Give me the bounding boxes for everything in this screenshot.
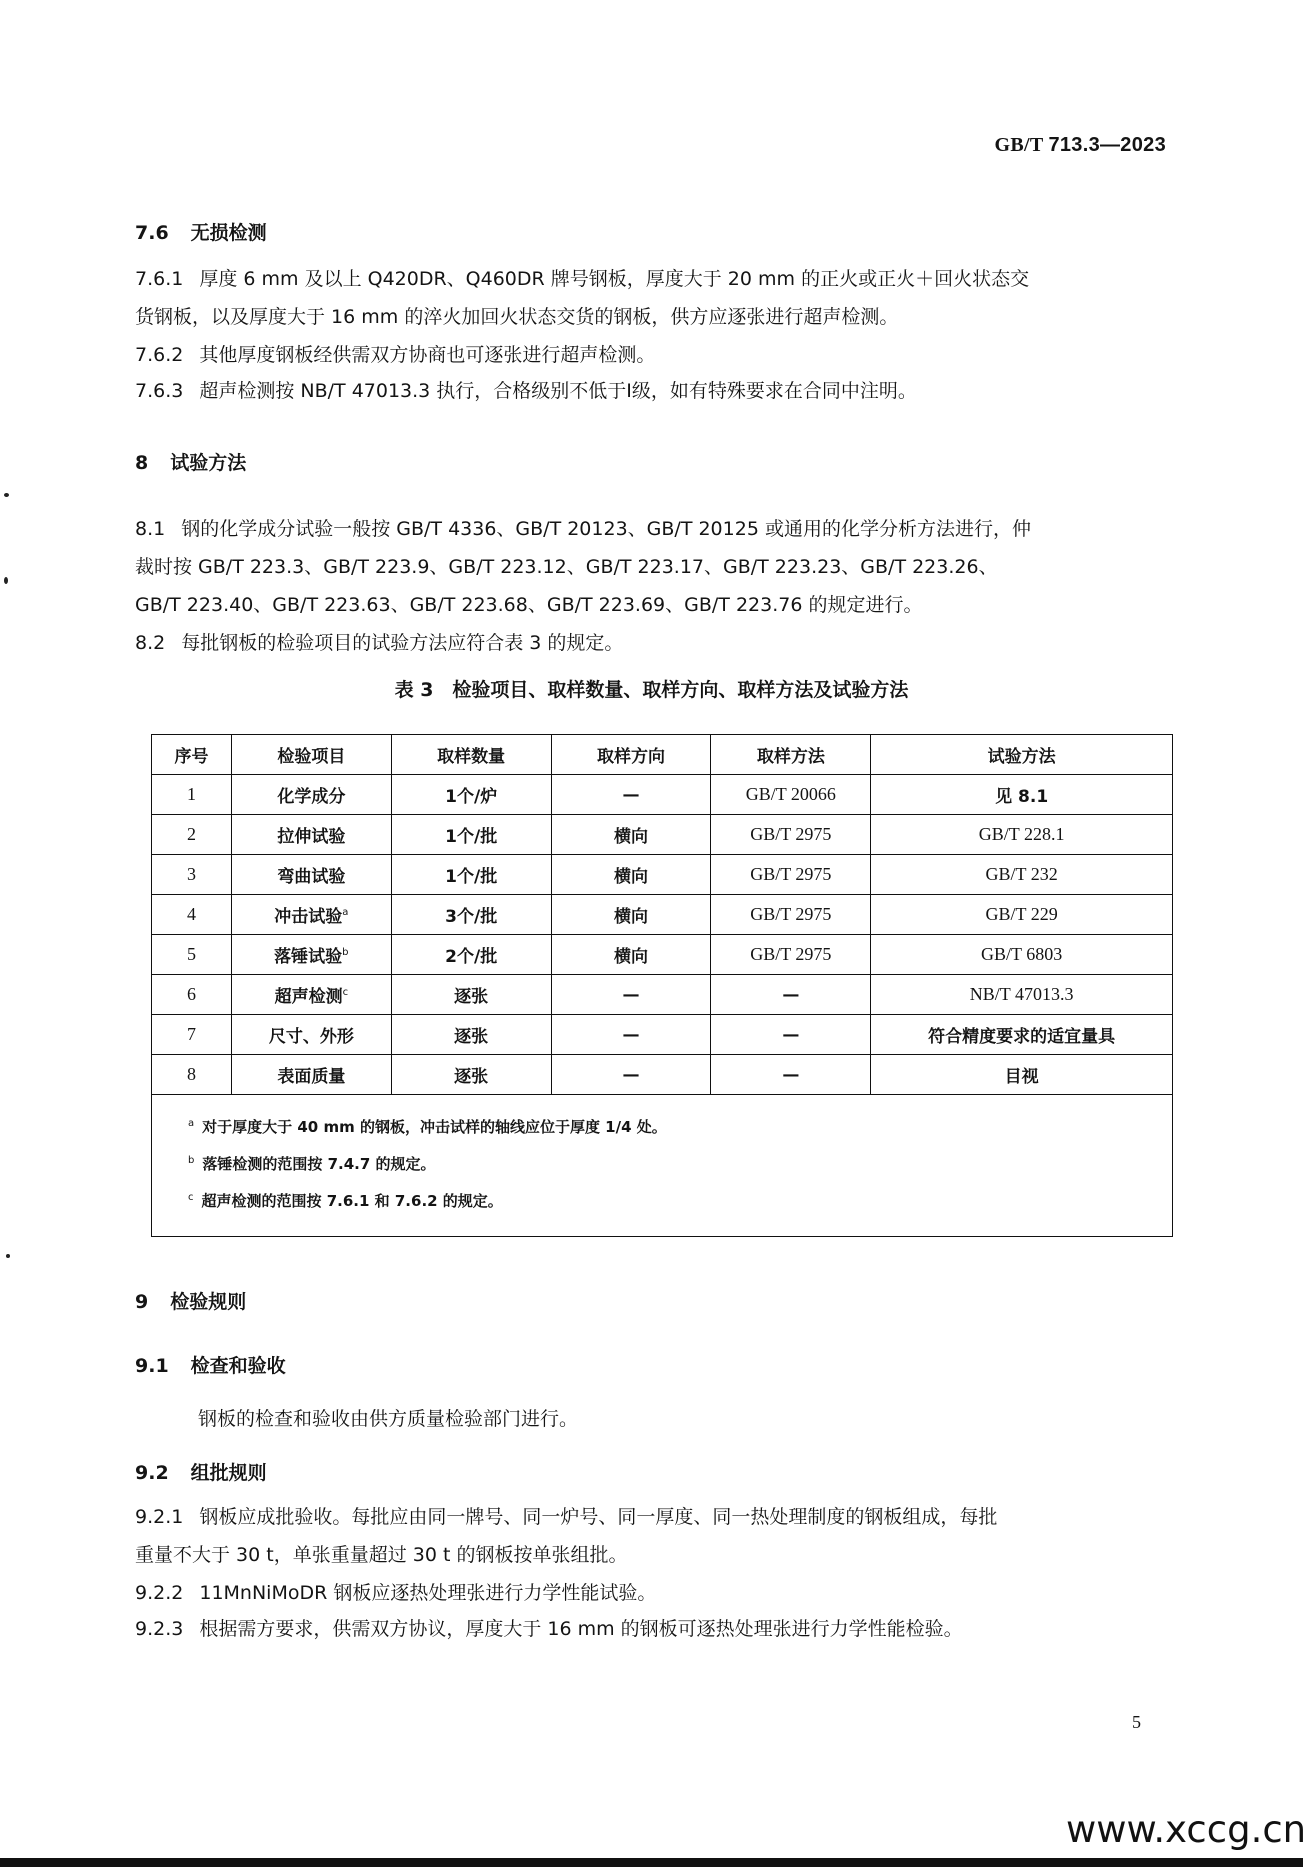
table-note: b落锤检测的范围按 7.4.7 的规定。 xyxy=(188,1144,1172,1181)
section-heading-9-1: 9.1检查和验收 xyxy=(135,1351,286,1378)
footnote-marker: c xyxy=(343,987,349,998)
footnote-marker: b xyxy=(342,947,348,958)
section-heading-7-6: 7.6无损检测 xyxy=(135,218,267,245)
standard-code-header: GB/T 713.3—2023 xyxy=(0,134,1166,157)
column-header: 取样方法 xyxy=(711,735,871,775)
table-row: 2 拉伸试验 1个/批 横向 GB/T 2975 GB/T 228.1 xyxy=(152,815,1173,855)
section-heading-8: 8试验方法 xyxy=(135,448,246,475)
standard-code: GB/T xyxy=(995,134,1044,156)
scan-artifact xyxy=(4,577,8,584)
table-row: 3 弯曲试验 1个/批 横向 GB/T 2975 GB/T 232 xyxy=(152,855,1173,895)
paragraph-8-2: 8.2每批钢板的检验项目的试验方法应符合表 3 的规定。 xyxy=(135,624,623,662)
table-row: 4 冲击试验a 3个/批 横向 GB/T 2975 GB/T 229 xyxy=(152,895,1173,935)
table-row: 6 超声检测c 逐张 — — NB/T 47013.3 xyxy=(152,975,1173,1015)
table-row: 7 尺寸、外形 逐张 — — 符合精度要求的适宜量具 xyxy=(152,1015,1173,1055)
scan-bottom-edge xyxy=(0,1858,1303,1867)
scan-artifact xyxy=(4,493,9,497)
paragraph-7-6-1: 7.6.1厚度 6 mm 及以上 Q420DR、Q460DR 牌号钢板，厚度大于… xyxy=(135,260,1175,336)
paragraph-8-1: 8.1钢的化学成分试验一般按 GB/T 4336、GB/T 20123、GB/T… xyxy=(135,510,1175,624)
table-note: c超声检测的范围按 7.6.1 和 7.6.2 的规定。 xyxy=(188,1181,1172,1218)
footnote-marker: a xyxy=(342,907,348,918)
section-heading-9: 9检验规则 xyxy=(135,1287,246,1314)
watermark: www.xccg.cn xyxy=(1066,1808,1303,1851)
section-heading-9-2: 9.2组批规则 xyxy=(135,1458,267,1485)
table-row: 8 表面质量 逐张 — — 目视 xyxy=(152,1055,1173,1095)
table-row: 5 落锤试验b 2个/批 横向 GB/T 2975 GB/T 6803 xyxy=(152,935,1173,975)
scan-artifact xyxy=(6,1254,10,1258)
table-note: a对于厚度大于 40 mm 的钢板，冲击试样的轴线应位于厚度 1/4 处。 xyxy=(188,1107,1172,1144)
standard-number: 713.3—2023 xyxy=(1048,134,1166,156)
paragraph-9-2-3: 9.2.3根据需方要求，供需双方协议，厚度大于 16 mm 的钢板可逐热处理张进… xyxy=(135,1610,963,1648)
column-header: 序号 xyxy=(152,735,232,775)
table-header-row: 序号 检验项目 取样数量 取样方向 取样方法 试验方法 xyxy=(152,735,1173,775)
paragraph-9-2-1: 9.2.1钢板应成批验收。每批应由同一牌号、同一炉号、同一厚度、同一热处理制度的… xyxy=(135,1498,1175,1574)
table-title: 表 3 检验项目、取样数量、取样方向、取样方法及试验方法 xyxy=(0,675,1303,702)
page-number: 5 xyxy=(1132,1712,1141,1733)
table-row: 1 化学成分 1个/炉 — GB/T 20066 见 8.1 xyxy=(152,775,1173,815)
paragraph-9-1: 钢板的检查和验收由供方质量检验部门进行。 xyxy=(198,1400,578,1438)
column-header: 试验方法 xyxy=(871,735,1173,775)
paragraph-7-6-3: 7.6.3超声检测按 NB/T 47013.3 执行，合格级别不低于Ⅰ级，如有特… xyxy=(135,372,917,410)
column-header: 取样数量 xyxy=(391,735,551,775)
paragraph-9-2-2: 9.2.211MnNiMoDR 钢板应逐热处理张进行力学性能试验。 xyxy=(135,1574,656,1612)
column-header: 取样方向 xyxy=(551,735,711,775)
table-notes-row: a对于厚度大于 40 mm 的钢板，冲击试样的轴线应位于厚度 1/4 处。 b落… xyxy=(152,1095,1173,1237)
column-header: 检验项目 xyxy=(231,735,391,775)
table-3: 序号 检验项目 取样数量 取样方向 取样方法 试验方法 1 化学成分 1个/炉 … xyxy=(151,734,1173,1237)
paragraph-7-6-2: 7.6.2其他厚度钢板经供需双方协商也可逐张进行超声检测。 xyxy=(135,336,655,374)
